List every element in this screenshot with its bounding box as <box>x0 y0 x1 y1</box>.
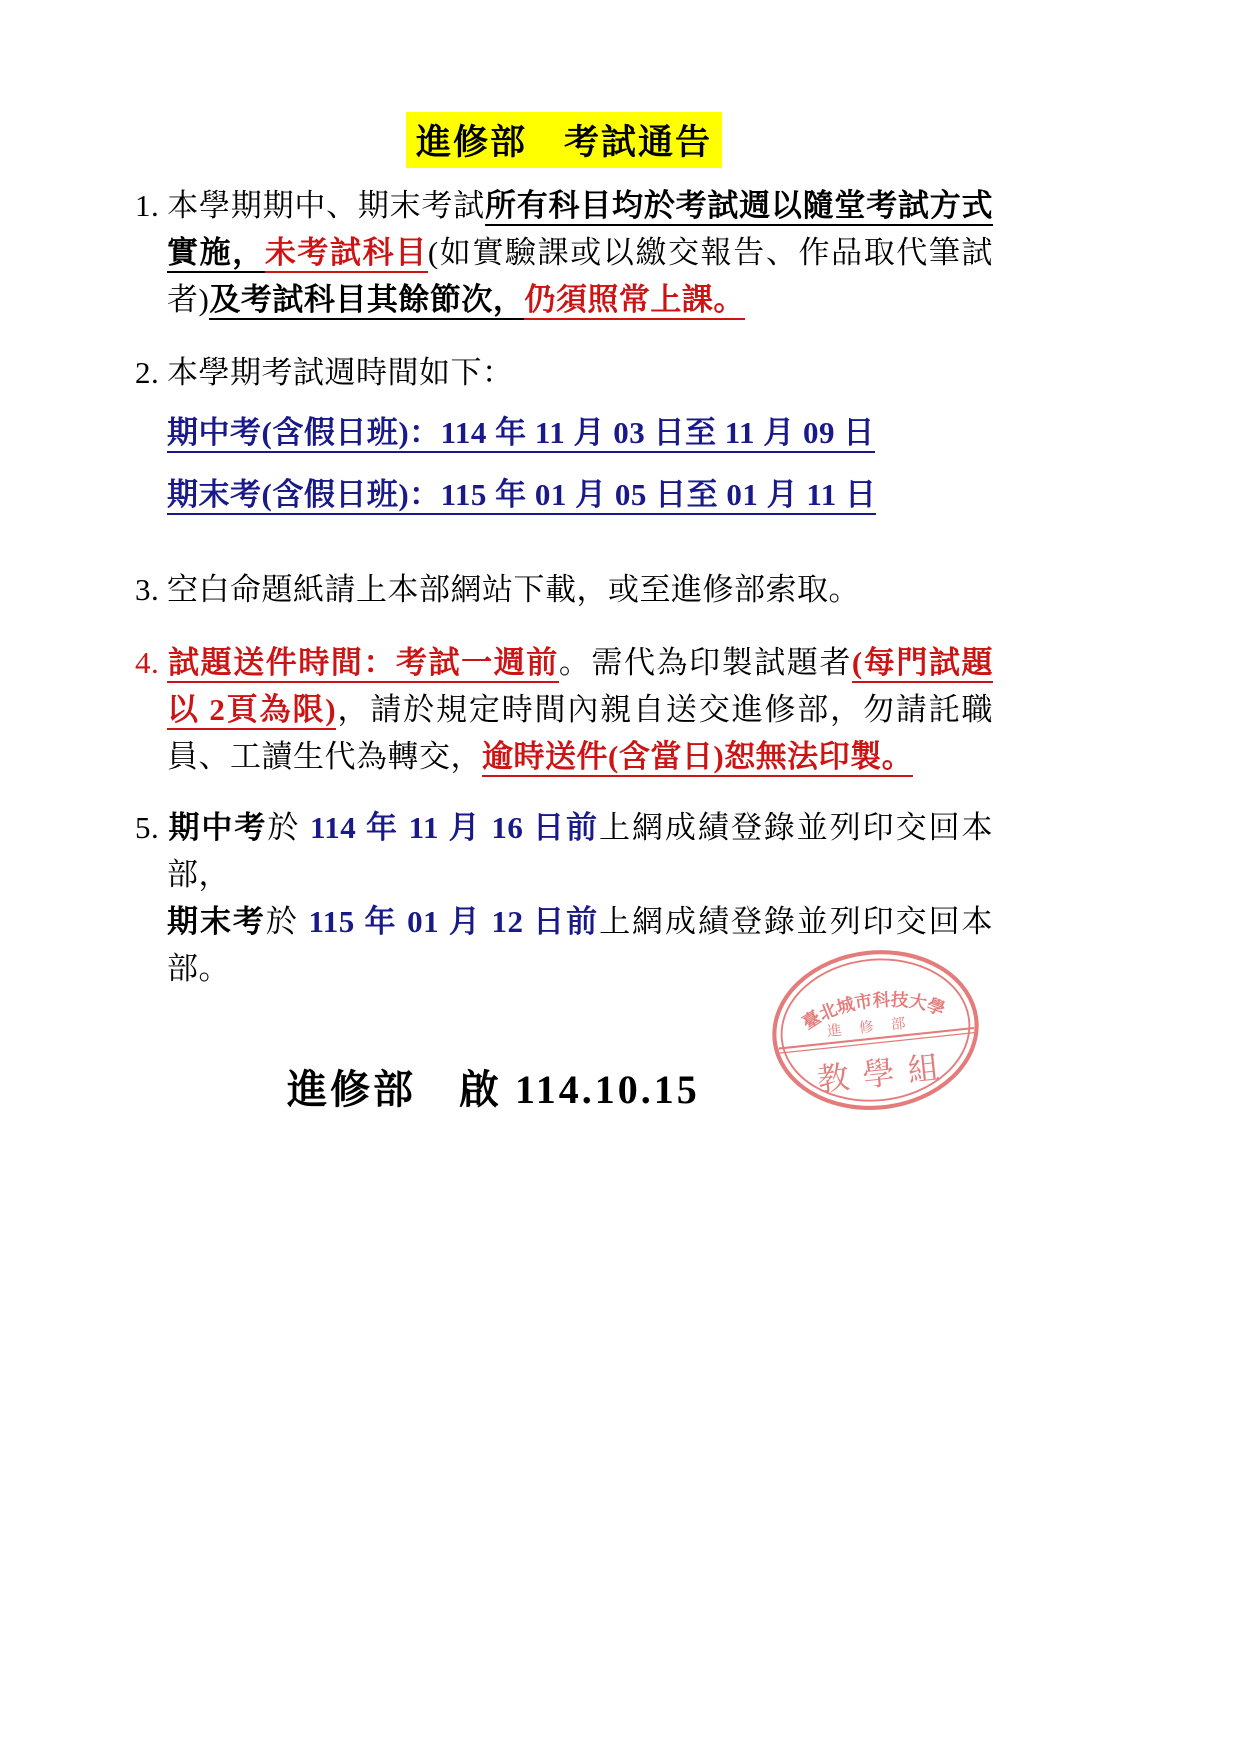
item1-seg-red: 未考試科目 <box>265 235 428 273</box>
item5-final-date: 115 年 01 月 12 日前 <box>299 904 599 939</box>
item4-seg-normal: 。需代為印製試題者 <box>559 645 852 680</box>
item4-seg-red3: 逾時送件(含當日)恕無法印製。 <box>482 739 913 777</box>
item5-final-particle: 於 <box>266 904 299 939</box>
item1-seg-emphasis2: 及考試科目其餘節次， <box>209 282 524 320</box>
item5-midterm-particle: 於 <box>267 810 300 845</box>
title-row: 進修部 考試通告 <box>135 112 993 168</box>
list-item-2: 2.本學期考試週時間如下： 期中考(含假日班)：114 年 11 月 03 日至… <box>135 349 993 520</box>
item2-lead: 本學期考試週時間如下： <box>167 355 514 390</box>
item1-number: 1. <box>135 182 167 229</box>
midterm-date-text: 期中考(含假日班)：114 年 11 月 03 日至 11 月 09 日 <box>167 415 875 453</box>
item2-number: 2. <box>135 349 167 396</box>
midterm-date-line: 期中考(含假日班)：114 年 11 月 03 日至 11 月 09 日 <box>167 408 993 458</box>
item1-seg-normal: 本學期期中、期末考試 <box>167 188 485 223</box>
document-page: 進修部 考試通告 1.本學期期中、期末考試所有科目均於考試週以隨堂考試方式實施，… <box>0 0 1241 1755</box>
item5-line-midterm: 5.期中考於 114 年 11 月 16 日前上網成績登錄並列印交回本部， <box>167 804 993 898</box>
item3-text: 空白命題紙請上本部網站下載，或至進修部索取。 <box>167 572 860 607</box>
item5-number: 5. <box>135 804 167 851</box>
item4-number: 4. <box>135 639 167 686</box>
item3-number: 3. <box>135 566 167 613</box>
page-title: 進修部 考試通告 <box>406 112 722 168</box>
final-date-line: 期末考(含假日班)：115 年 01 月 05 日至 01 月 11 日 <box>167 470 993 520</box>
item5-final-subject: 期末考 <box>167 904 266 939</box>
item2-lead-line: 2.本學期考試週時間如下： <box>167 349 993 396</box>
list-item-4: 4.試題送件時間：考試一週前。需代為印製試題者(每門試題以 2頁為限)，請於規定… <box>135 639 993 780</box>
item1-seg-red2: 仍須照常上課。 <box>524 282 745 320</box>
final-date-text: 期末考(含假日班)：115 年 01 月 05 日至 01 月 11 日 <box>167 477 876 515</box>
list-item-3: 3.空白命題紙請上本部網站下載，或至進修部索取。 <box>135 566 993 613</box>
list-item-1: 1.本學期期中、期末考試所有科目均於考試週以隨堂考試方式實施，未考試科目(如實驗… <box>135 182 993 323</box>
item5-midterm-date: 114 年 11 月 16 日前 <box>300 810 599 845</box>
department-stamp: 臺北城市科技大學 進修部 教學組 <box>762 937 990 1122</box>
item5-midterm-subject: 期中考 <box>167 810 267 845</box>
item4-seg-red: 試題送件時間：考試一週前 <box>167 645 559 683</box>
